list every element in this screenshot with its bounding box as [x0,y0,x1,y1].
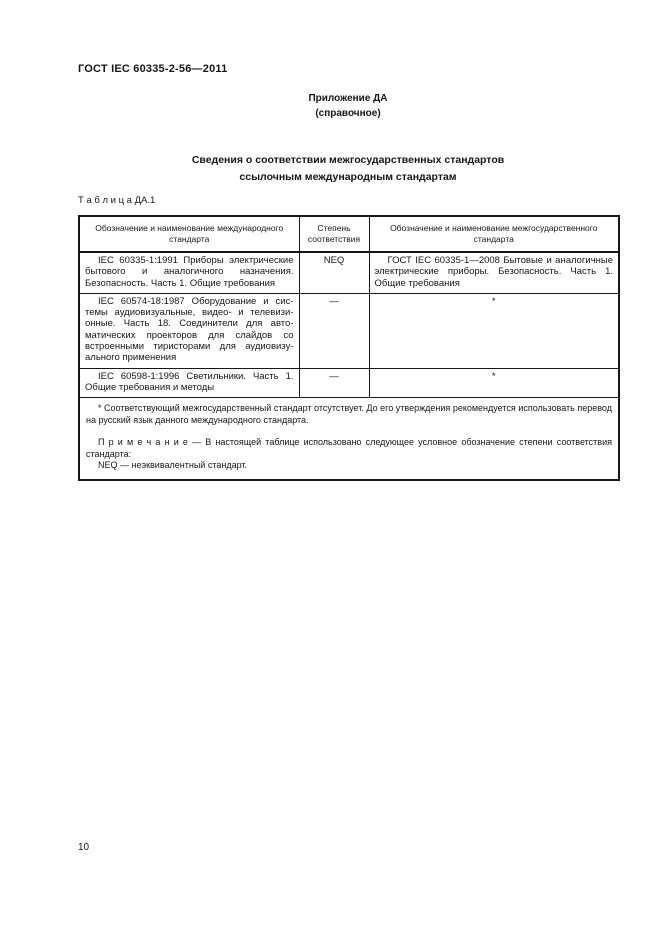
note-paragraph: П р и м е ч а н и е — В настоящей таблиц… [86,437,612,460]
note-item: NEQ — неэквивалентный стандарт. [86,460,612,472]
cell-international-standard: IEC 60598-1:1996 Светильники. Часть 1. О… [79,368,299,398]
footnote-text: * Соответствующий межгосударственный ста… [86,403,612,426]
table-row: IEC 60335-1:1991 Приборы электричес­кие … [79,252,619,293]
page-number: 10 [78,842,89,853]
column-header-international-standard: Обозначение и наименование международног… [79,216,299,252]
cell-interstate-standard: * [369,293,619,368]
annex-subtitle: (справочное) [78,106,618,121]
note-label: П р и м е ч а н и е [98,437,188,447]
table-caption: Т а б л и ц а ДА.1 [78,195,618,206]
page-content: ГОСТ IEC 60335-2-56—2011 Приложение ДА (… [78,0,618,481]
cell-degree: — [299,293,369,368]
table-footnote-row: * Соответствующий межгосударственный ста… [79,398,619,480]
section-title-line2: ссылочным международным стандартам [78,169,618,186]
table-header-row: Обозначение и наименование международног… [79,216,619,252]
cell-interstate-standard: ГОСТ IEC 60335-1—2008 Бытовые и анало­ги… [369,252,619,293]
table-row: IEC 60574-18:1987 Оборудование и сис­тем… [79,293,619,368]
table-row: IEC 60598-1:1996 Светильники. Часть 1. О… [79,368,619,398]
document-number: ГОСТ IEC 60335-2-56—2011 [78,0,618,75]
cell-international-standard: IEC 60574-18:1987 Оборудование и сис­тем… [79,293,299,368]
cell-interstate-standard: * [369,368,619,398]
standards-correspondence-table: Обозначение и наименование международног… [78,215,620,481]
cell-international-standard: IEC 60335-1:1991 Приборы электричес­кие … [79,252,299,293]
column-header-degree-of-correspondence: Степень соответствия [299,216,369,252]
annex-title: Приложение ДА [78,91,618,106]
cell-degree: NEQ [299,252,369,293]
annex-heading: Приложение ДА (справочное) [78,91,618,121]
section-title-line1: Сведения о соответствии межгосударственн… [78,152,618,169]
cell-degree: — [299,368,369,398]
document-page: ГОСТ IEC 60335-2-56—2011 Приложение ДА (… [0,0,661,936]
section-title: Сведения о соответствии межгосударственн… [78,152,618,186]
column-header-interstate-standard: Обозначение и наименование межгосударств… [369,216,619,252]
table-footnote-cell: * Соответствующий межгосударственный ста… [79,398,619,480]
